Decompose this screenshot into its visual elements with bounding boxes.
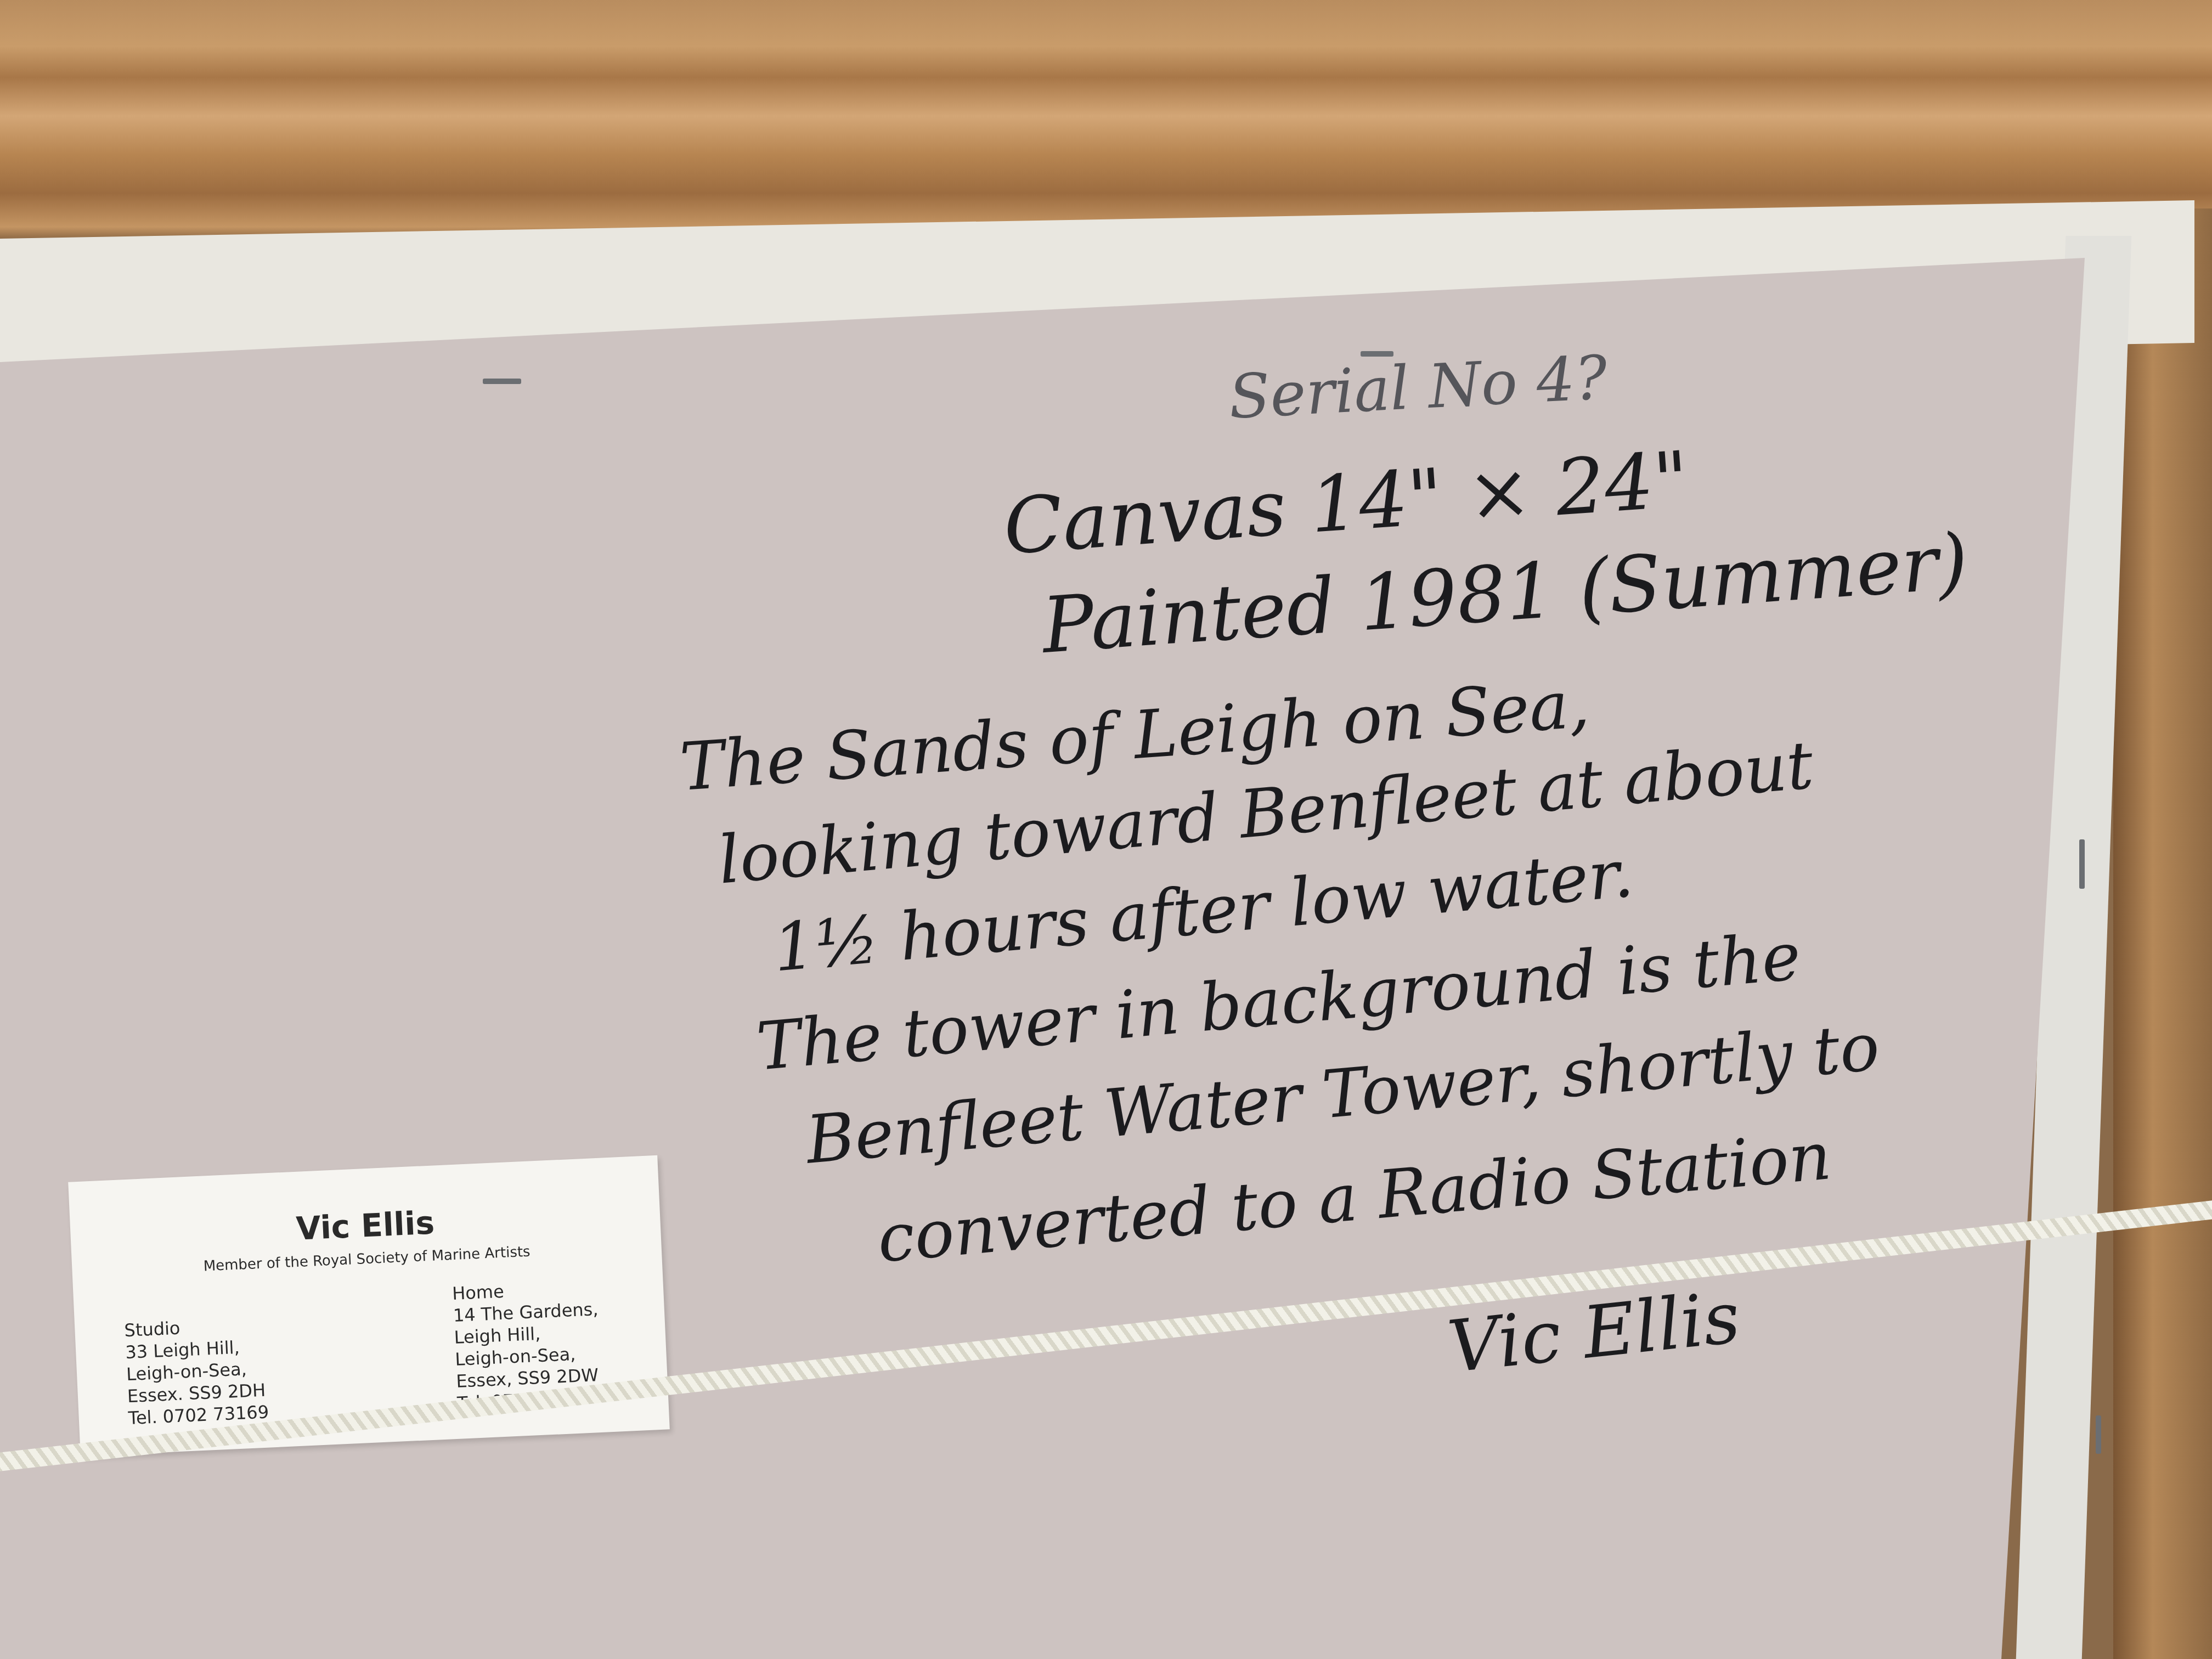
studio-address: Studio 33 Leigh Hill, Leigh-on-Sea, Esse… — [124, 1313, 269, 1429]
staple — [483, 379, 521, 384]
wooden-frame-right — [2113, 208, 2212, 1659]
staple — [2096, 1415, 2101, 1454]
staple — [2079, 839, 2085, 889]
